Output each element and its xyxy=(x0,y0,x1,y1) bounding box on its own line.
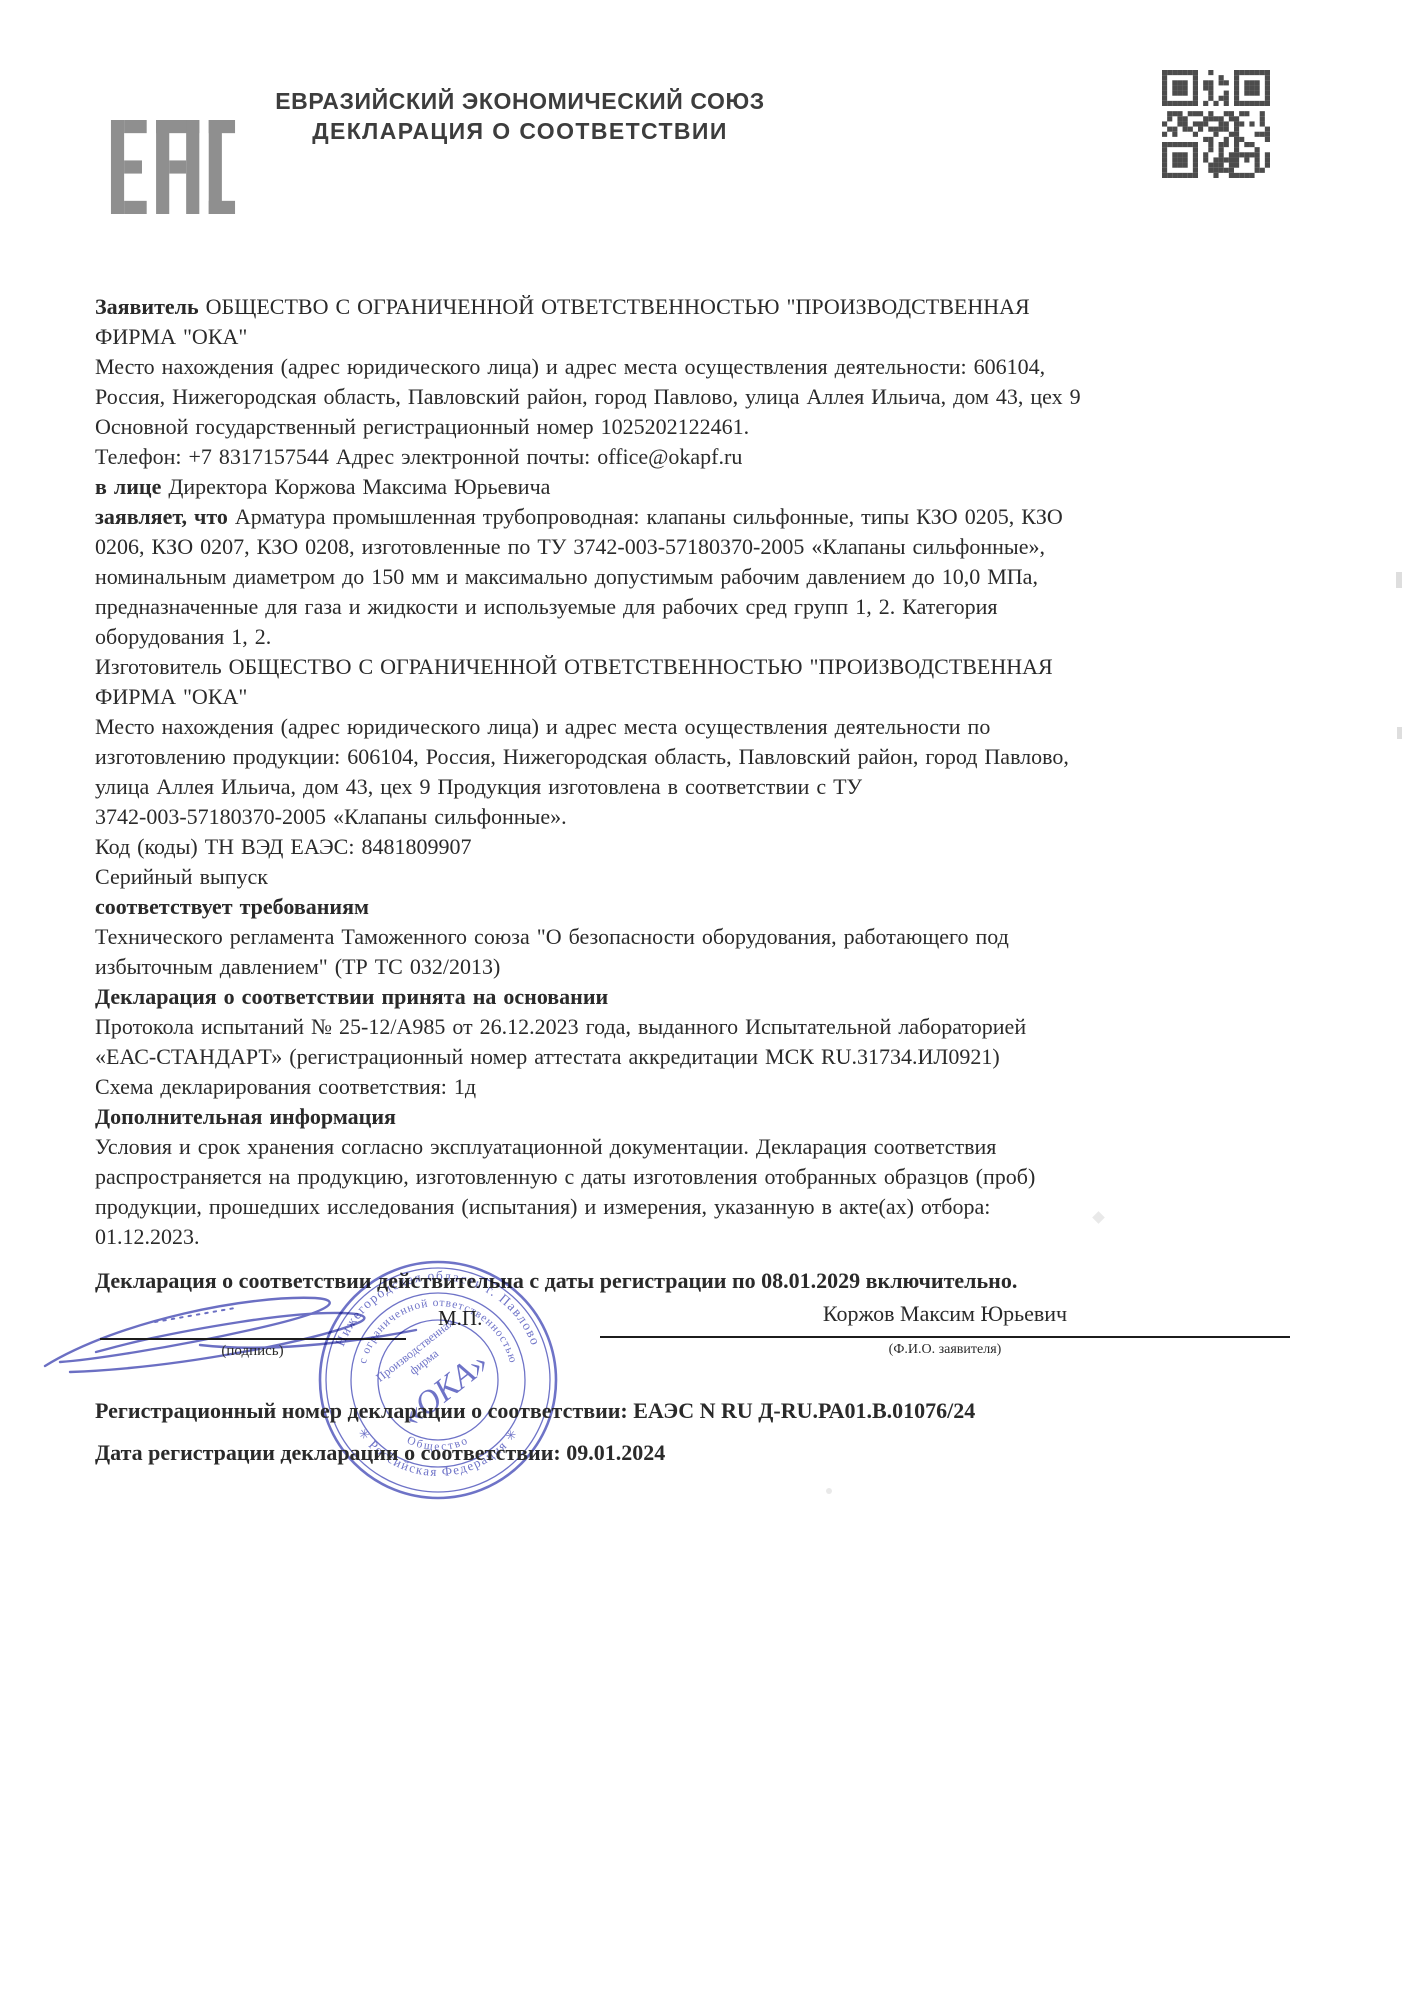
body-line: оборудования 1, 2. xyxy=(95,622,1357,652)
header-union-title: ЕВРАЗИЙСКИЙ ЭКОНОМИЧЕСКИЙ СОЮЗ xyxy=(190,86,850,116)
body-line: в лице Директора Коржова Максима Юрьевич… xyxy=(95,472,1357,502)
applicant-name: Коржов Максим Юрьевич xyxy=(700,1301,1190,1327)
header-doc-type: ДЕКЛАРАЦИЯ О СООТВЕТСТВИИ xyxy=(190,116,850,146)
registration-number-line: Регистрационный номер декларации о соотв… xyxy=(95,1398,975,1424)
declaration-document: ЕВРАЗИЙСКИЙ ЭКОНОМИЧЕСКИЙ СОЮЗ ДЕКЛАРАЦИ… xyxy=(0,0,1414,2000)
body-line: Схема декларирования соответствия: 1д xyxy=(95,1072,1357,1102)
body-line: 3742-003-57180370-2005 «Клапаны сильфонн… xyxy=(95,802,1357,832)
body-line: Серийный выпуск xyxy=(95,862,1357,892)
body-line: ФИРМА "ОКА" xyxy=(95,322,1357,352)
body-line: продукции, прошедших исследования (испыт… xyxy=(95,1192,1357,1222)
body-line: ФИРМА "ОКА" xyxy=(95,682,1357,712)
body-line: распространяется на продукцию, изготовле… xyxy=(95,1162,1357,1192)
scan-artifact xyxy=(1396,572,1402,588)
body-line: Декларация о соответствии принята на осн… xyxy=(95,982,1357,1012)
body-line: Основной государственный регистрационный… xyxy=(95,412,1357,442)
body-line: Условия и срок хранения согласно эксплуа… xyxy=(95,1132,1357,1162)
scan-artifact xyxy=(826,1488,832,1494)
body-line: Изготовитель ОБЩЕСТВО С ОГРАНИЧЕННОЙ ОТВ… xyxy=(95,652,1357,682)
body-line: Дополнительная информация xyxy=(95,1102,1357,1132)
body-line: Телефон: +7 8317157544 Адрес электронной… xyxy=(95,442,1357,472)
qr-code-icon xyxy=(1162,70,1270,178)
body-line: предназначенные для газа и жидкости и ис… xyxy=(95,592,1357,622)
body-line: соответствует требованиям xyxy=(95,892,1357,922)
document-header: ЕВРАЗИЙСКИЙ ЭКОНОМИЧЕСКИЙ СОЮЗ ДЕКЛАРАЦИ… xyxy=(190,86,850,146)
body-line: Место нахождения (адрес юридического лиц… xyxy=(95,352,1357,382)
body-line: улица Аллея Ильича, дом 43, цех 9 Продук… xyxy=(95,772,1357,802)
body-line: избыточным давлением" (ТР ТС 032/2013) xyxy=(95,952,1357,982)
body-line: Место нахождения (адрес юридического лиц… xyxy=(95,712,1357,742)
body-line: заявляет, что Арматура промышленная труб… xyxy=(95,502,1357,532)
body-line: номинальным диаметром до 150 мм и максим… xyxy=(95,562,1357,592)
name-caption: (Ф.И.О. заявителя) xyxy=(820,1342,1070,1358)
body-line: 0206, КЗО 0207, КЗО 0208, изготовленные … xyxy=(95,532,1357,562)
body-text: Заявитель ОБЩЕСТВО С ОГРАНИЧЕННОЙ ОТВЕТС… xyxy=(95,292,1357,1252)
scan-artifact xyxy=(1397,727,1402,739)
company-stamp-icon: Нижегородская область г. Павлово ✳ Росси… xyxy=(308,1250,568,1510)
body-line: Россия, Нижегородская область, Павловски… xyxy=(95,382,1357,412)
body-line: Код (коды) ТН ВЭД ЕАЭС: 8481809907 xyxy=(95,832,1357,862)
name-line xyxy=(600,1336,1290,1338)
body-line: Протокола испытаний № 25-12/А985 от 26.1… xyxy=(95,1012,1357,1042)
body-line: Заявитель ОБЩЕСТВО С ОГРАНИЧЕННОЙ ОТВЕТС… xyxy=(95,292,1357,322)
body-line: 01.12.2023. xyxy=(95,1222,1357,1252)
registration-date-line: Дата регистрации декларации о соответств… xyxy=(95,1440,665,1466)
body-line: изготовлению продукции: 606104, Россия, … xyxy=(95,742,1357,772)
body-line: Технического регламента Таможенного союз… xyxy=(95,922,1357,952)
body-line: «ЕАС-СТАНДАРТ» (регистрационный номер ат… xyxy=(95,1042,1357,1072)
